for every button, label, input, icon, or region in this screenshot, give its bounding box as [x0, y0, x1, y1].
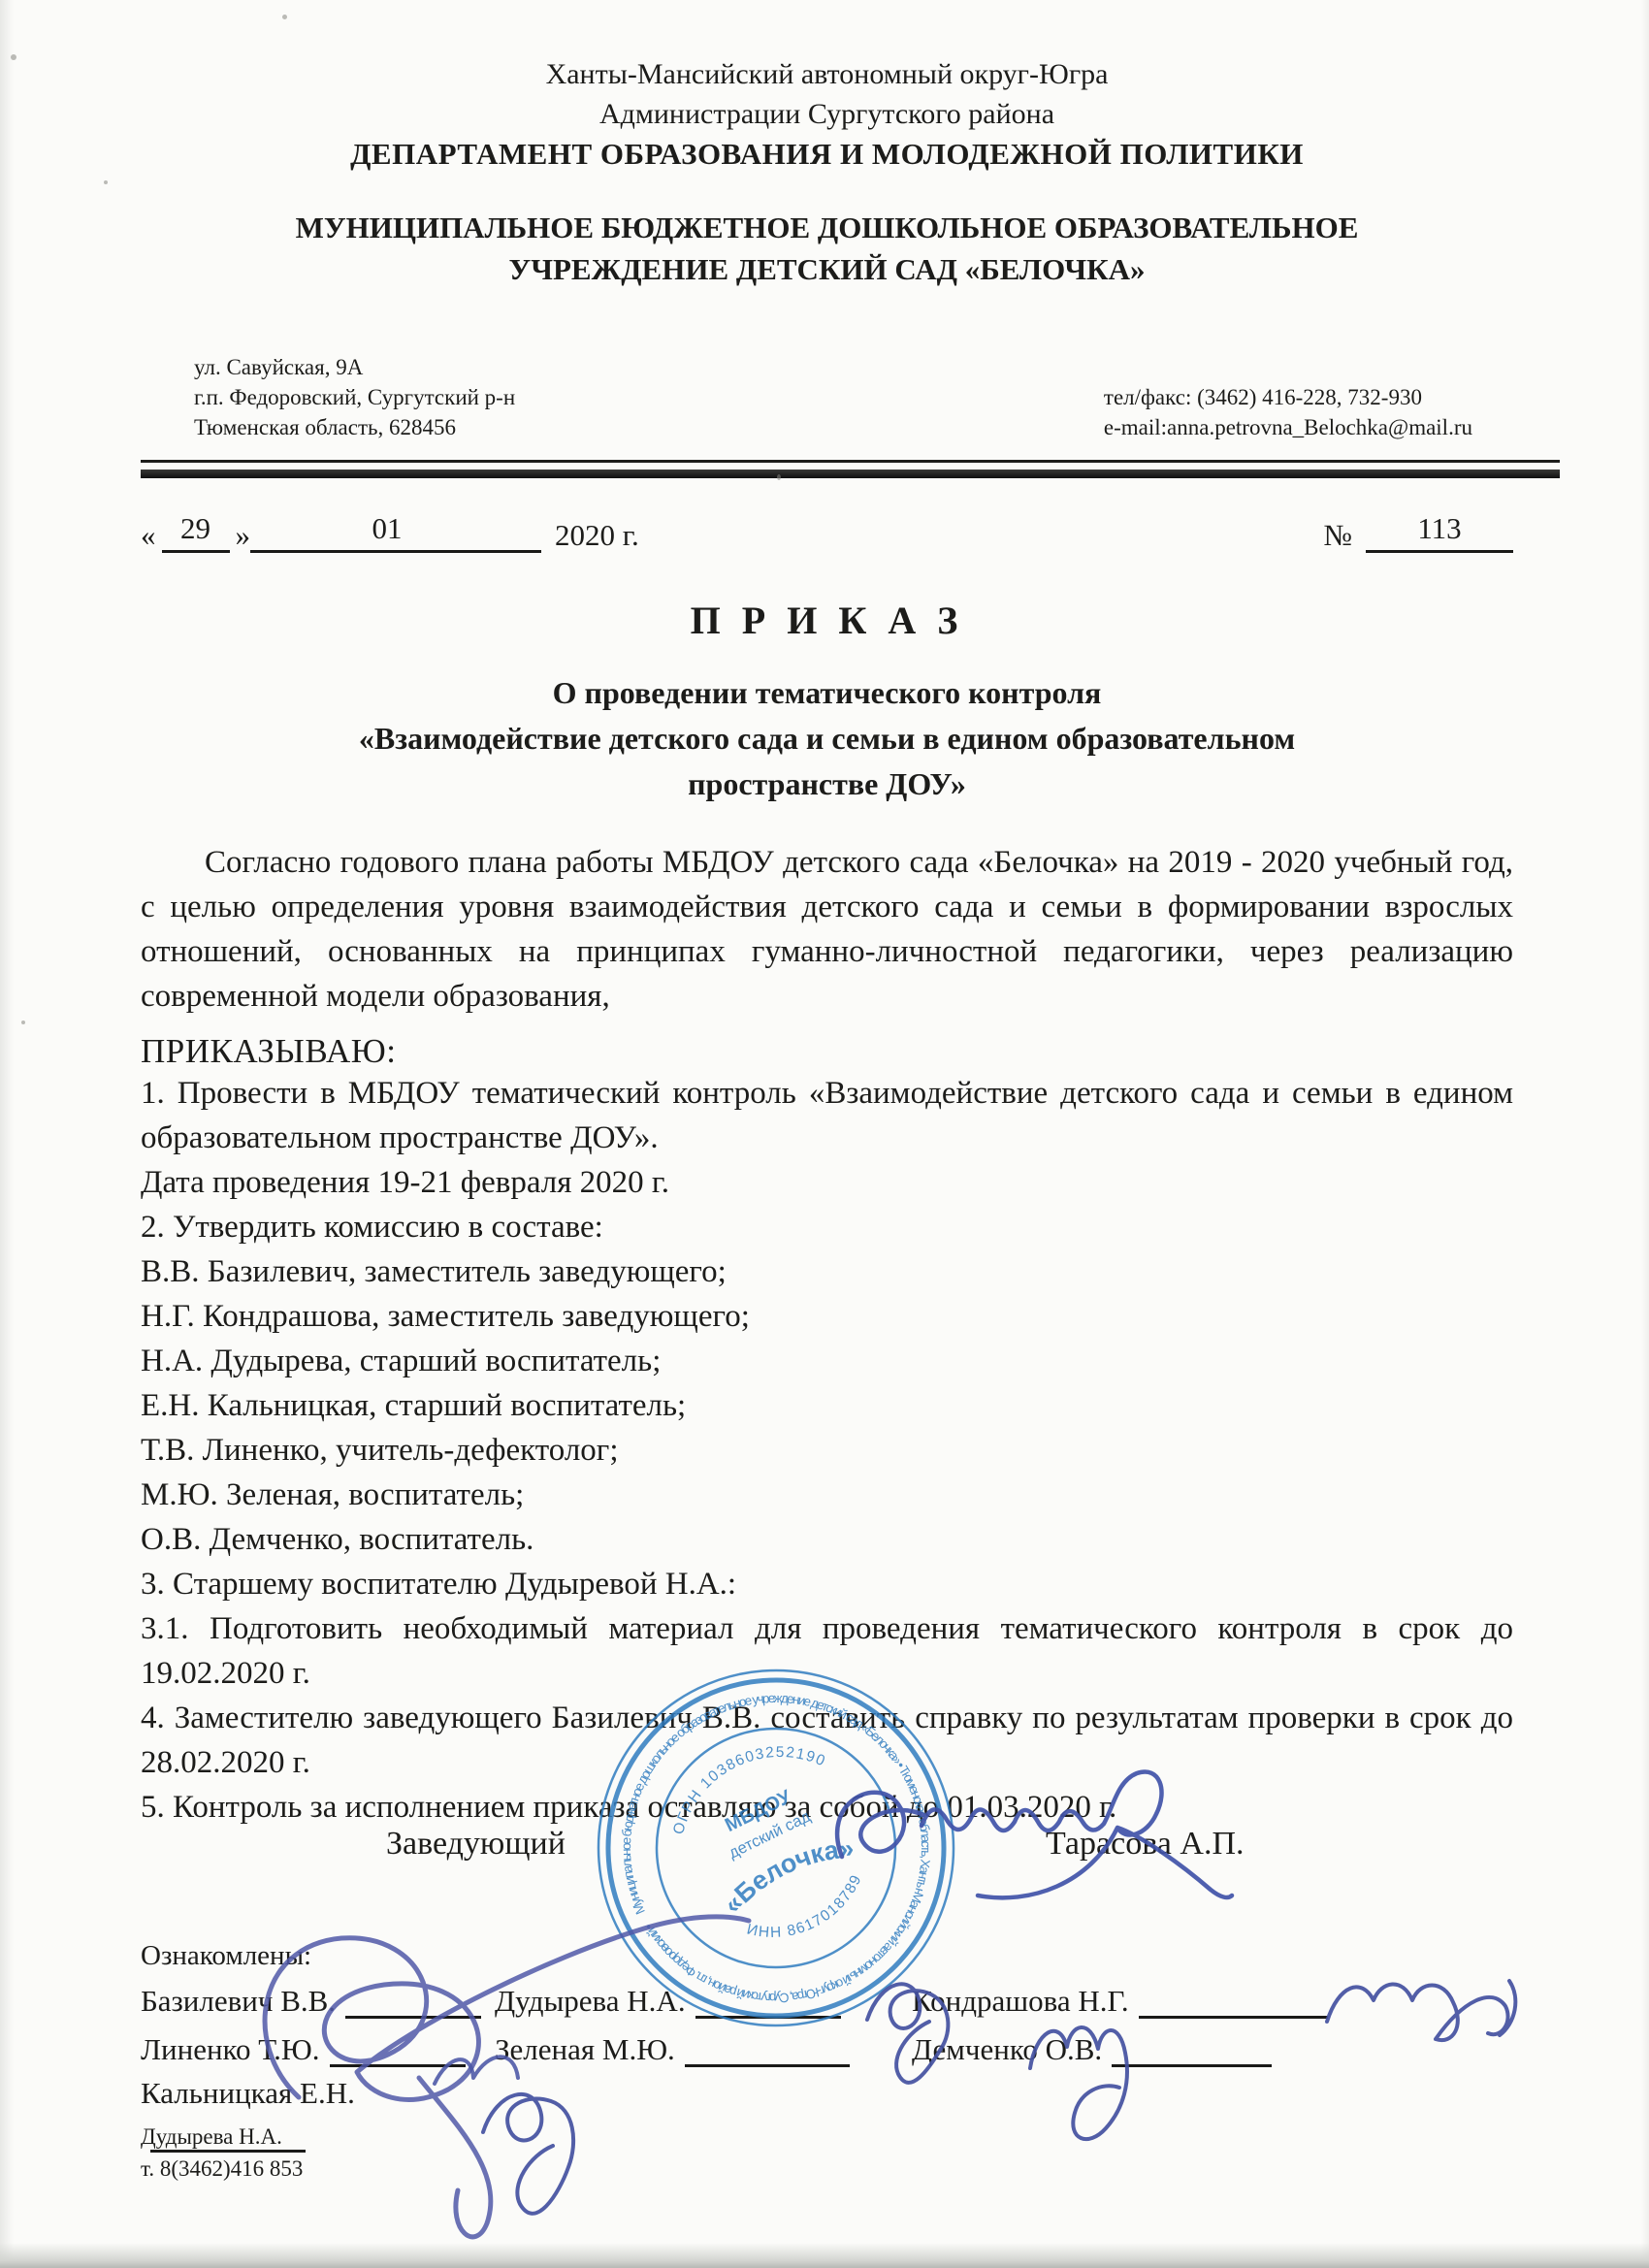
commission-member-5: Т.В. Линенко, учитель-дефектолог; — [141, 1428, 1513, 1473]
number-sign: № — [1323, 518, 1352, 553]
order-item-date: Дата проведения 19-21 февраля 2020 г. — [141, 1160, 1513, 1205]
footer-contact-phone: т. 8(3462)416 853 — [141, 2153, 303, 2185]
ack-name-text: Кальницкая Е.Н. — [141, 2076, 355, 2110]
scan-speck — [11, 54, 16, 60]
commission-member-4: Е.Н. Кальницкая, старший воспитатель; — [141, 1383, 1513, 1428]
date-day-value: 29 — [162, 507, 230, 553]
divider-thin-line — [141, 460, 1560, 463]
header-organization-block: МУНИЦИПАЛЬНОЕ БЮДЖЕТНОЕ ДОШКОЛЬНОЕ ОБРАЗ… — [141, 207, 1513, 290]
document-header: Ханты-Мансийский автономный округ-Югра А… — [141, 0, 1513, 290]
letterhead-divider — [141, 460, 1560, 478]
order-item-1: 1. Провести в МБДОУ тематический контрол… — [141, 1071, 1513, 1160]
signature-line — [1112, 2025, 1272, 2067]
date-close-quote: » — [236, 518, 251, 553]
address-street: ул. Савуйская, 9А — [194, 352, 515, 382]
commission-member-1: В.В. Базилевич, заместитель заведующего; — [141, 1249, 1513, 1294]
signature-line — [345, 1977, 481, 2019]
letterhead-info-row: ул. Савуйская, 9А г.п. Федоровский, Сург… — [141, 352, 1513, 442]
scan-speck — [21, 1021, 25, 1024]
document-title: П Р И К А З — [141, 598, 1513, 643]
header-department-line: ДЕПАРТАМЕНТ ОБРАЗОВАНИЯ И МОЛОДЕЖНОЙ ПОЛ… — [141, 134, 1513, 174]
date-month-value: 01 — [347, 507, 427, 553]
stamp-inn-text: ИНН 8617018789 — [739, 1867, 876, 1960]
commission-member-6: М.Ю. Зеленая, воспитатель; — [141, 1473, 1513, 1517]
ack-name-kondrashova: Кондрашова Н.Г. — [912, 1977, 1552, 2019]
contacts-block: тел/факс: (3462) 416-228, 732-930 e-mail… — [1104, 382, 1472, 442]
document-content: Ханты-Мансийский автономный округ-Югра А… — [141, 0, 1513, 1830]
order-item-5: 5. Контроль за исполнением приказа остав… — [141, 1785, 1513, 1830]
date-number-row: «29»012020 г. №113 — [141, 507, 1513, 553]
signature-line — [695, 1977, 841, 2019]
scan-speck — [777, 474, 781, 480]
signer-position: Заведующий — [386, 1826, 566, 1863]
contact-phone-fax: тел/факс: (3462) 416-228, 732-930 — [1104, 382, 1472, 412]
organization-name-line2: УЧРЕЖДЕНИЕ ДЕТСКИЙ САД «БЕЛОЧКА» — [141, 248, 1513, 290]
ack-name-zelenaya: Зеленая М.Ю. — [495, 2025, 912, 2067]
signature-row: Заведующий Тарасова А.П. — [0, 1826, 1649, 1876]
ack-name-dudyreva: Дудырева Н.А. — [495, 1977, 912, 2019]
date-blank-segment — [250, 507, 347, 553]
signature-line — [330, 2025, 466, 2067]
address-region-zip: Тюменская область, 628456 — [194, 412, 515, 442]
document-number-field: №113 — [1323, 507, 1513, 553]
header-region-line: Ханты-Мансийский автономный округ-Югра — [141, 54, 1513, 94]
document-number-value: 113 — [1366, 507, 1513, 553]
date-blank-segment-2 — [427, 507, 541, 553]
acknowledged-row-3: Кальницкая Е.Н. — [141, 2076, 1552, 2153]
date-field: «29»012020 г. — [141, 507, 639, 553]
scan-edge-left — [0, 0, 14, 2268]
footer-contact-name: Дудырева Н.А. — [141, 2121, 303, 2153]
commission-member-2: Н.Г. Кондрашова, заместитель заведующего… — [141, 1294, 1513, 1339]
scan-speck — [282, 15, 287, 19]
ack-name-text: Дудырева Н.А. — [495, 1984, 686, 2018]
ack-name-text: Зеленая М.Ю. — [495, 2032, 675, 2066]
ack-name-text: Кондрашова Н.Г. — [912, 1984, 1129, 2018]
scan-edge-bottom — [0, 2243, 1649, 2268]
header-administration-line: Администрации Сургутского района — [141, 94, 1513, 134]
acknowledged-label: Ознакомлены: — [141, 1940, 311, 1972]
scan-edge-right — [1641, 0, 1649, 2268]
order-item-4: 4. Заместителю заведующего Базилевич В.В… — [141, 1696, 1513, 1785]
document-subject: О проведении тематического контроля «Вза… — [141, 670, 1513, 807]
scan-speck — [104, 180, 108, 184]
scanned-order-document: Ханты-Мансийский автономный округ-Югра А… — [0, 0, 1649, 2268]
ack-name-text: Демченко О.В. — [912, 2032, 1102, 2066]
ack-name-linenko: Линенко Т.Ю. — [141, 2025, 495, 2067]
order-item-3: 3. Старшему воспитателю Дудыревой Н.А.: — [141, 1562, 1513, 1606]
preamble-paragraph: Согласно годового плана работы МБДОУ дет… — [141, 840, 1513, 1019]
ack-name-bazilevich: Базилевич В.В. — [141, 1977, 495, 2019]
order-item-3-1: 3.1. Подготовить необходимый материал дл… — [141, 1606, 1513, 1696]
divider-thick-line — [141, 470, 1560, 478]
ack-name-text: Линенко Т.Ю. — [141, 2032, 320, 2066]
date-year-label: 2020 г. — [555, 518, 639, 553]
acknowledged-row-1: Базилевич В.В. Дудырева Н.А. Кондрашова … — [141, 1977, 1552, 2019]
order-item-2: 2. Утвердить комиссию в составе: — [141, 1205, 1513, 1249]
address-block: ул. Савуйская, 9А г.п. Федоровский, Сург… — [194, 352, 515, 442]
address-settlement: г.п. Федоровский, Сургутский р-н — [194, 382, 515, 412]
signature-line — [685, 2025, 850, 2067]
signature-line — [1139, 1977, 1328, 2019]
acknowledged-row-2: Линенко Т.Ю. Зеленая М.Ю. Демченко О.В. — [141, 2025, 1552, 2067]
subject-line1: О проведении тематического контроля — [141, 670, 1513, 716]
subject-line3: пространстве ДОУ» — [141, 761, 1513, 807]
contact-email: e-mail:anna.petrovna_Belochka@mail.ru — [1104, 412, 1472, 442]
commission-member-3: Н.А. Дудырева, старший воспитатель; — [141, 1339, 1513, 1383]
commission-member-7: О.В. Демченко, воспитатель. — [141, 1517, 1513, 1562]
ack-name-demchenko: Демченко О.В. — [912, 2025, 1552, 2067]
organization-name-line1: МУНИЦИПАЛЬНОЕ БЮДЖЕТНОЕ ДОШКОЛЬНОЕ ОБРАЗ… — [141, 207, 1513, 248]
order-heading: ПРИКАЗЫВАЮ: — [141, 1032, 1513, 1071]
subject-line2: «Взаимодействие детского сада и семьи в … — [141, 716, 1513, 761]
signer-name: Тарасова А.П. — [1046, 1826, 1245, 1863]
ack-name-text: Базилевич В.В. — [141, 1984, 336, 2018]
date-open-quote: « — [141, 518, 156, 553]
document-footer: Дудырева Н.А. т. 8(3462)416 853 — [141, 2121, 303, 2185]
